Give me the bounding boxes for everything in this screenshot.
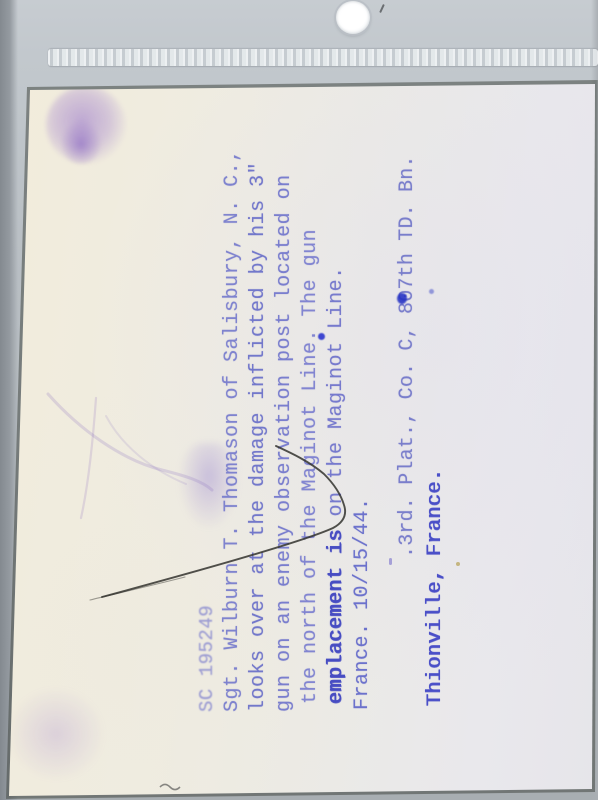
caption-line-4: the north of the Maginot Line. The gun	[299, 229, 322, 704]
purple-smudge-top-left-core	[60, 120, 102, 164]
caption-line-5-bold: emplacement is	[325, 529, 348, 704]
scanned-photo-back: SC 195249 Sgt. Wilburn T. Thomason of Sa…	[0, 0, 598, 800]
ink-blob-over-unit-number	[397, 293, 407, 304]
caption-line-5: emplacement is on the Maginot Line.	[325, 266, 348, 704]
tilde-pencil-mark	[160, 785, 180, 790]
sleeve-seam	[48, 49, 598, 66]
unit-stamp-line: .3rd. Plat., Co. C, 807th TD. Bn.	[396, 155, 419, 558]
caption-line-5-rest: on the Maginot Line.	[325, 266, 348, 529]
location-stamp-line: Thionville, France.	[424, 468, 447, 706]
ink-blob-small	[429, 289, 434, 294]
purple-smudge-bottom-left	[8, 688, 104, 780]
typewritten-caption-block: SC 195249 Sgt. Wilburn T. Thomason of Sa…	[195, 0, 598, 800]
caption-line-1: Sgt. Wilburn T. Thomason of Salisbury, N…	[221, 149, 244, 712]
caption-line-2: looks over at the damage inflicted by hi…	[247, 162, 270, 712]
ink-dot	[318, 333, 325, 340]
ink-tick	[389, 558, 392, 565]
photo-back-paper: SC 195249 Sgt. Wilburn T. Thomason of Sa…	[0, 0, 598, 800]
pencil-speck	[379, 4, 385, 13]
caption-line-6: France. 10/15/44.	[351, 497, 374, 710]
purple-smudge-top-left	[46, 86, 126, 164]
purple-scribble	[48, 394, 212, 518]
photo-number: SC 195249	[196, 605, 218, 712]
caption-line-3: gun on an enemy observation post located…	[273, 174, 296, 712]
binder-hole	[336, 1, 370, 34]
